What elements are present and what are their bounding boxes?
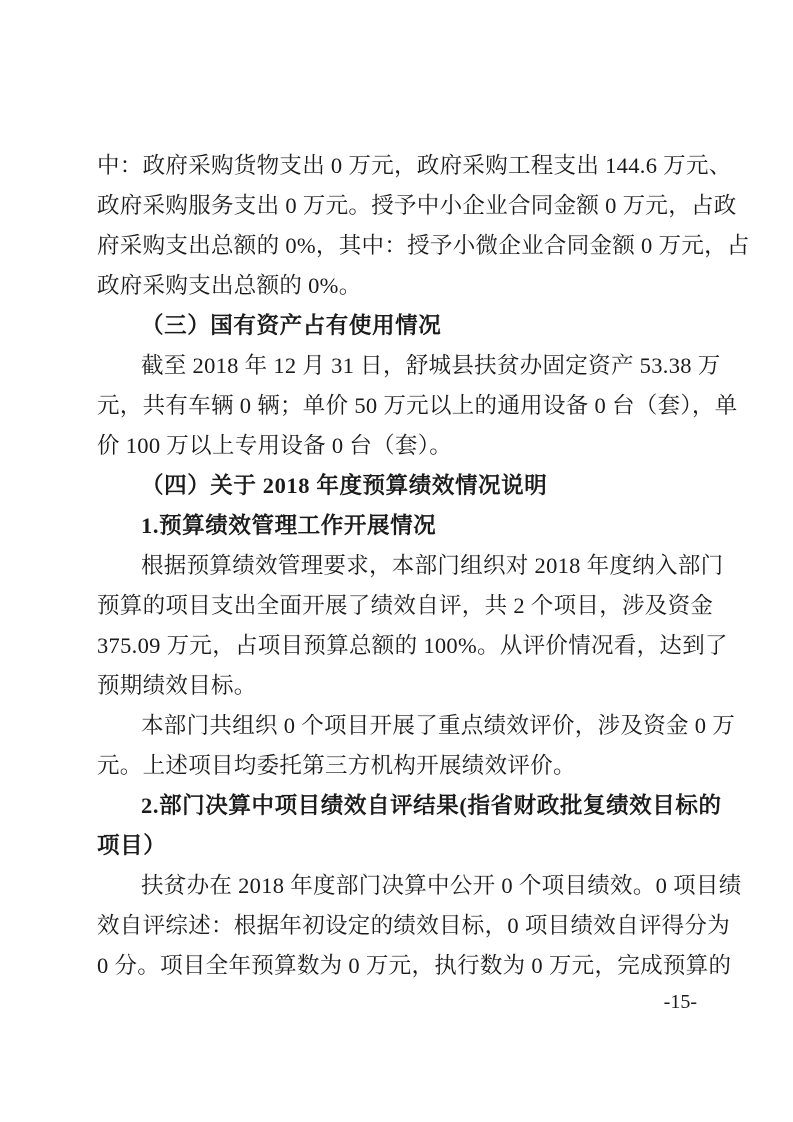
- text-line: 扶贫办在 2018 年度部门决算中公开 0 个项目绩效。0 项目绩: [97, 866, 703, 906]
- text-line: 截至 2018 年 12 月 31 日，舒城县扶贫办固定资产 53.38 万: [97, 346, 703, 386]
- text-line: （四）关于 2018 年度预算绩效情况说明: [97, 466, 703, 506]
- text-line: 府采购支出总额的 0%，其中：授予小微企业合同金额 0 万元，占: [97, 226, 703, 266]
- document-body: 中：政府采购货物支出 0 万元，政府采购工程支出 144.6 万元、政府采购服务…: [97, 146, 703, 986]
- text-line: 效自评综述：根据年初设定的绩效目标，0 项目绩效自评得分为: [97, 906, 703, 946]
- heading-level2: （四）关于 2018 年度预算绩效情况说明: [97, 466, 703, 506]
- paragraph: 中：政府采购货物支出 0 万元，政府采购工程支出 144.6 万元、政府采购服务…: [97, 146, 703, 306]
- text-line: 0 分。项目全年预算数为 0 万元，执行数为 0 万元，完成预算的: [97, 946, 703, 986]
- text-line: 价 100 万以上专用设备 0 台（套）。: [97, 426, 703, 466]
- text-line: 项目）: [97, 826, 703, 866]
- heading-level2: （三）国有资产占有使用情况: [97, 306, 703, 346]
- text-line: 中：政府采购货物支出 0 万元，政府采购工程支出 144.6 万元、: [97, 146, 703, 186]
- paragraph: 截至 2018 年 12 月 31 日，舒城县扶贫办固定资产 53.38 万元，…: [97, 346, 703, 466]
- paragraph: 根据预算绩效管理要求，本部门组织对 2018 年度纳入部门预算的项目支出全面开展…: [97, 546, 703, 706]
- document-page: 中：政府采购货物支出 0 万元，政府采购工程支出 144.6 万元、政府采购服务…: [0, 0, 793, 1122]
- text-line: （三）国有资产占有使用情况: [97, 306, 703, 346]
- text-line: 375.09 万元，占项目预算总额的 100%。从评价情况看，达到了: [97, 626, 703, 666]
- paragraph: 本部门共组织 0 个项目开展了重点绩效评价，涉及资金 0 万元。上述项目均委托第…: [97, 706, 703, 786]
- heading-level3: 1.预算绩效管理工作开展情况: [97, 506, 703, 546]
- text-line: 根据预算绩效管理要求，本部门组织对 2018 年度纳入部门: [97, 546, 703, 586]
- text-line: 1.预算绩效管理工作开展情况: [97, 506, 703, 546]
- text-line: 预期绩效目标。: [97, 666, 703, 706]
- heading-level3: 2.部门决算中项目绩效自评结果(指省财政批复绩效目标的项目）: [97, 786, 703, 866]
- text-line: 本部门共组织 0 个项目开展了重点绩效评价，涉及资金 0 万: [97, 706, 703, 746]
- paragraph: 扶贫办在 2018 年度部门决算中公开 0 个项目绩效。0 项目绩效自评综述：根…: [97, 866, 703, 986]
- text-line: 政府采购支出总额的 0%。: [97, 266, 703, 306]
- text-line: 元。上述项目均委托第三方机构开展绩效评价。: [97, 746, 703, 786]
- text-line: 政府采购服务支出 0 万元。授予中小企业合同金额 0 万元，占政: [97, 186, 703, 226]
- page-number: -15-: [664, 990, 697, 1014]
- text-line: 元，共有车辆 0 辆；单价 50 万元以上的通用设备 0 台（套），单: [97, 386, 703, 426]
- text-line: 预算的项目支出全面开展了绩效自评，共 2 个项目，涉及资金: [97, 586, 703, 626]
- text-line: 2.部门决算中项目绩效自评结果(指省财政批复绩效目标的: [97, 786, 703, 826]
